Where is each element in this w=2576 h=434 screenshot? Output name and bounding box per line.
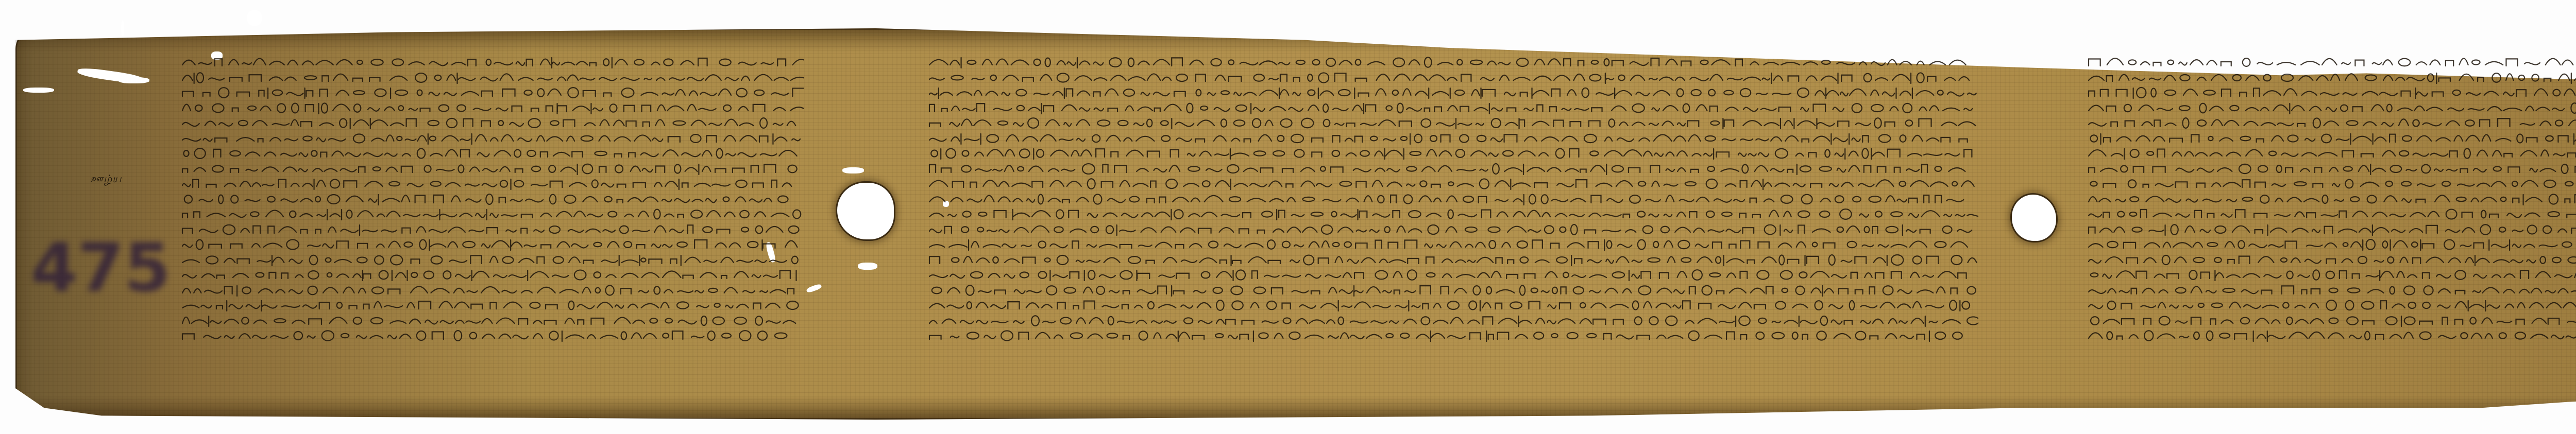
manuscript-line	[2087, 329, 2576, 342]
manuscript-line	[180, 207, 804, 221]
manuscript-line	[927, 314, 1978, 327]
manuscript-line	[2087, 116, 2576, 130]
manuscript-line	[2087, 268, 2576, 282]
string-hole	[837, 183, 894, 239]
manuscript-line	[2087, 193, 2576, 206]
manuscript-line	[2087, 238, 2576, 251]
manuscript-line	[2087, 177, 2576, 190]
manuscript-line	[2087, 162, 2576, 176]
leaf-tear	[247, 10, 262, 26]
manuscript-line	[2087, 147, 2576, 160]
leaf-tear	[23, 88, 54, 93]
manuscript-line	[180, 223, 804, 236]
manuscript-line	[927, 71, 1978, 84]
manuscript-line	[2087, 56, 2576, 69]
manuscript-line	[2087, 101, 2576, 115]
manuscript-line	[180, 101, 804, 115]
manuscript-line	[927, 238, 1978, 251]
manuscript-line	[927, 284, 1978, 297]
leaf-tear	[118, 77, 149, 83]
manuscript-line	[180, 329, 804, 342]
manuscript-line	[180, 299, 804, 312]
manuscript-line	[927, 116, 1978, 130]
faint-leaf-number-text: 475	[31, 234, 171, 301]
manuscript-line	[180, 162, 804, 176]
manuscript-line	[927, 56, 1978, 69]
manuscript-line	[927, 253, 1978, 267]
manuscript-line	[2087, 71, 2576, 84]
manuscript-line	[180, 238, 804, 251]
manuscript-line	[180, 132, 804, 145]
manuscript-line	[927, 147, 1978, 160]
manuscript-line	[927, 268, 1978, 282]
scanned-page: 475 ஊழ்ய 4 7 5 476	[0, 0, 2576, 434]
manuscript-line	[927, 299, 1978, 312]
manuscript-line	[927, 101, 1978, 115]
manuscript-line	[2087, 284, 2576, 297]
manuscript-line	[180, 177, 804, 190]
manuscript-line	[180, 314, 804, 327]
manuscript-line	[927, 193, 1978, 206]
manuscript-line	[927, 132, 1978, 145]
faint-leaf-number-marker: 475	[31, 234, 180, 311]
manuscript-line	[180, 56, 804, 69]
manuscript-line	[2087, 132, 2576, 145]
leaf-tear	[121, 21, 124, 36]
string-hole	[2012, 195, 2056, 241]
worm-hole	[858, 263, 877, 270]
margin-note: ஊழ்ய	[90, 172, 122, 186]
manuscript-line	[2087, 207, 2576, 221]
manuscript-line	[180, 284, 804, 297]
manuscript-line	[927, 177, 1978, 190]
worm-hole	[842, 167, 864, 173]
manuscript-line	[180, 193, 804, 206]
manuscript-line	[180, 71, 804, 84]
manuscript-line	[2087, 314, 2576, 327]
manuscript-line	[180, 147, 804, 160]
manuscript-line	[180, 253, 804, 267]
manuscript-line	[927, 207, 1978, 221]
manuscript-line	[927, 329, 1978, 342]
manuscript-line	[2087, 223, 2576, 236]
manuscript-line	[180, 116, 804, 130]
manuscript-line	[927, 86, 1978, 99]
manuscript-line	[180, 86, 804, 99]
manuscript-line	[927, 162, 1978, 176]
manuscript-line	[2087, 86, 2576, 99]
manuscript-line	[2087, 253, 2576, 267]
manuscript-line	[927, 223, 1978, 236]
manuscript-line	[2087, 299, 2576, 312]
manuscript-line	[180, 268, 804, 282]
